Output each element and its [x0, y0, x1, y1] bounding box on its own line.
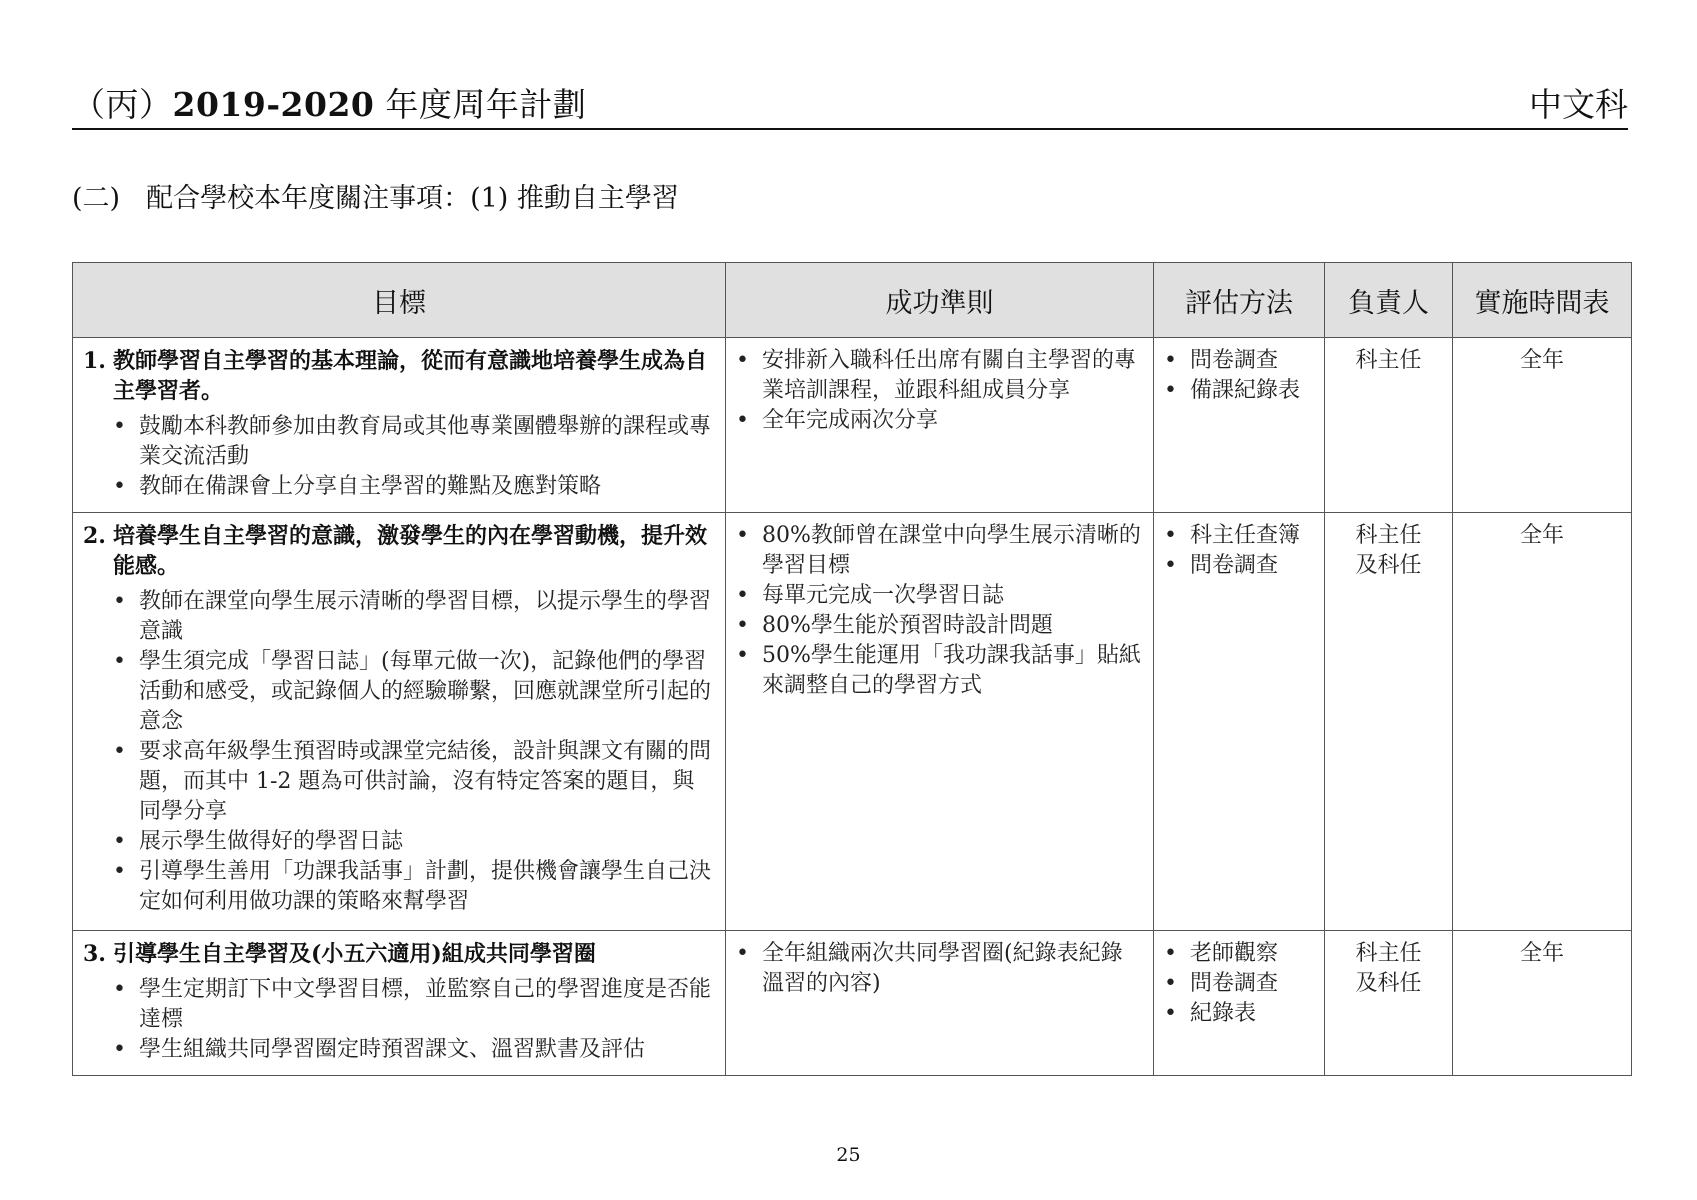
goal-number: 1. [83, 346, 113, 406]
title-prefix: （丙） [72, 85, 173, 124]
goal-title: 2. 培養學生自主學習的意識，激發學生的內在學習動機，提升效能感。 [83, 521, 715, 581]
list-item: 紀錄表 [1164, 999, 1314, 1029]
evaluation-cell: 問卷調查 備課紀錄表 [1154, 338, 1325, 513]
subject-label: 中文科 [1529, 79, 1628, 126]
goal-text: 教師學習自主學習的基本理論，從而有意識地培養學生成為自主學習者。 [113, 346, 715, 406]
list-item: 展示學生做得好的學習日誌 [113, 827, 715, 857]
goal-cell: 1. 教師學習自主學習的基本理論，從而有意識地培養學生成為自主學習者。 鼓勵本科… [73, 338, 726, 513]
strategy-list: 學生定期訂下中文學習目標，並監察自己的學習進度是否能達標 學生組織共同學習圈定時… [83, 975, 715, 1065]
list-item: 問卷調查 [1164, 969, 1314, 999]
criteria-list: 80%教師曾在課堂中向學生展示清晰的學習目標 每單元完成一次學習日誌 80%學生… [736, 521, 1143, 701]
goal-cell: 3. 引導學生自主學習及(小五六適用)組成共同學習圈 學生定期訂下中文學習目標，… [73, 931, 726, 1076]
list-item: 老師觀察 [1164, 939, 1314, 969]
responsible-cell: 科主任及科任 [1325, 931, 1453, 1076]
list-item: 教師在備課會上分享自主學習的難點及應對策略 [113, 472, 715, 502]
list-item: 50%學生能運用「我功課我話事」貼紙來調整自己的學習方式 [736, 641, 1143, 701]
responsible-text: 科主任及科任 [1354, 521, 1424, 581]
title-suffix: 年度周年計劃 [374, 85, 586, 124]
criteria-cell: 80%教師曾在課堂中向學生展示清晰的學習目標 每單元完成一次學習日誌 80%學生… [726, 513, 1154, 931]
col-header-evaluation: 評估方法 [1154, 263, 1325, 338]
page-number: 25 [0, 1144, 1697, 1166]
list-item: 問卷調查 [1164, 346, 1314, 376]
table-row: 2. 培養學生自主學習的意識，激發學生的內在學習動機，提升效能感。 教師在課堂向… [73, 513, 1632, 931]
goal-number: 3. [83, 939, 113, 969]
col-header-goal: 目標 [73, 263, 726, 338]
criteria-cell: 全年組織兩次共同學習圈(紀錄表紀錄溫習的內容) [726, 931, 1154, 1076]
list-item: 問卷調查 [1164, 551, 1314, 581]
responsible-cell: 科主任 [1325, 338, 1453, 513]
col-header-schedule: 實施時間表 [1453, 263, 1632, 338]
list-item: 科主任查簿 [1164, 521, 1314, 551]
evaluation-cell: 科主任查簿 問卷調查 [1154, 513, 1325, 931]
section-title: 配合學校本年度關注事項：(1) 推動自主學習 [146, 183, 679, 214]
goal-cell: 2. 培養學生自主學習的意識，激發學生的內在學習動機，提升效能感。 教師在課堂向… [73, 513, 726, 931]
evaluation-list: 科主任查簿 問卷調查 [1164, 521, 1314, 581]
document-title: （丙）2019-2020 年度周年計劃 [72, 79, 586, 126]
list-item: 備課紀錄表 [1164, 376, 1314, 406]
goal-title: 1. 教師學習自主學習的基本理論，從而有意識地培養學生成為自主學習者。 [83, 346, 715, 406]
schedule-cell: 全年 [1453, 931, 1632, 1076]
strategy-list: 教師在課堂向學生展示清晰的學習目標，以提示學生的學習意識 學生須完成「學習日誌」… [83, 587, 715, 917]
goal-text: 培養學生自主學習的意識，激發學生的內在學習動機，提升效能感。 [113, 521, 715, 581]
list-item: 學生組織共同學習圈定時預習課文、溫習默書及評估 [113, 1035, 715, 1065]
section-number: (二) [72, 183, 120, 214]
evaluation-cell: 老師觀察 問卷調查 紀錄表 [1154, 931, 1325, 1076]
plan-table: 目標 成功準則 評估方法 負責人 實施時間表 1. 教師學習自主學習的基本理論，… [72, 262, 1632, 1076]
strategy-list: 鼓勵本科教師參加由教育局或其他專業團體舉辦的課程或專業交流活動 教師在備課會上分… [83, 412, 715, 502]
col-header-criteria: 成功準則 [726, 263, 1154, 338]
goal-number: 2. [83, 521, 113, 581]
list-item: 要求高年級學生預習時或課堂完結後，設計與課文有關的問題，而其中 1-2 題為可供… [113, 737, 715, 827]
col-header-responsible: 負責人 [1325, 263, 1453, 338]
evaluation-list: 老師觀察 問卷調查 紀錄表 [1164, 939, 1314, 1029]
list-item: 80%教師曾在課堂中向學生展示清晰的學習目標 [736, 521, 1143, 581]
list-item: 全年完成兩次分享 [736, 406, 1143, 436]
evaluation-list: 問卷調查 備課紀錄表 [1164, 346, 1314, 406]
table-row: 3. 引導學生自主學習及(小五六適用)組成共同學習圈 學生定期訂下中文學習目標，… [73, 931, 1632, 1076]
list-item: 引導學生善用「功課我話事」計劃，提供機會讓學生自己決定如何利用做功課的策略來幫學… [113, 857, 715, 917]
list-item: 全年組織兩次共同學習圈(紀錄表紀錄溫習的內容) [736, 939, 1143, 999]
table-header-row: 目標 成功準則 評估方法 負責人 實施時間表 [73, 263, 1632, 338]
table-row: 1. 教師學習自主學習的基本理論，從而有意識地培養學生成為自主學習者。 鼓勵本科… [73, 338, 1632, 513]
schedule-cell: 全年 [1453, 338, 1632, 513]
title-year: 2019-2020 [173, 85, 375, 124]
list-item: 安排新入職科任出席有關自主學習的專業培訓課程，並跟科組成員分享 [736, 346, 1143, 406]
list-item: 鼓勵本科教師參加由教育局或其他專業團體舉辦的課程或專業交流活動 [113, 412, 715, 472]
goal-title: 3. 引導學生自主學習及(小五六適用)組成共同學習圈 [83, 939, 715, 969]
list-item: 每單元完成一次學習日誌 [736, 581, 1143, 611]
list-item: 教師在課堂向學生展示清晰的學習目標，以提示學生的學習意識 [113, 587, 715, 647]
schedule-cell: 全年 [1453, 513, 1632, 931]
criteria-list: 全年組織兩次共同學習圈(紀錄表紀錄溫習的內容) [736, 939, 1143, 999]
goal-text: 引導學生自主學習及(小五六適用)組成共同學習圈 [113, 939, 596, 969]
list-item: 學生須完成「學習日誌」(每單元做一次)，記錄他們的學習活動和感受，或記錄個人的經… [113, 647, 715, 737]
criteria-list: 安排新入職科任出席有關自主學習的專業培訓課程，並跟科組成員分享 全年完成兩次分享 [736, 346, 1143, 436]
list-item: 學生定期訂下中文學習目標，並監察自己的學習進度是否能達標 [113, 975, 715, 1035]
list-item: 80%學生能於預習時設計問題 [736, 611, 1143, 641]
responsible-cell: 科主任及科任 [1325, 513, 1453, 931]
section-heading: (二)配合學校本年度關注事項：(1) 推動自主學習 [72, 176, 679, 215]
criteria-cell: 安排新入職科任出席有關自主學習的專業培訓課程，並跟科組成員分享 全年完成兩次分享 [726, 338, 1154, 513]
responsible-text: 科主任及科任 [1354, 939, 1424, 999]
document-header: （丙）2019-2020 年度周年計劃 中文科 [72, 82, 1628, 130]
